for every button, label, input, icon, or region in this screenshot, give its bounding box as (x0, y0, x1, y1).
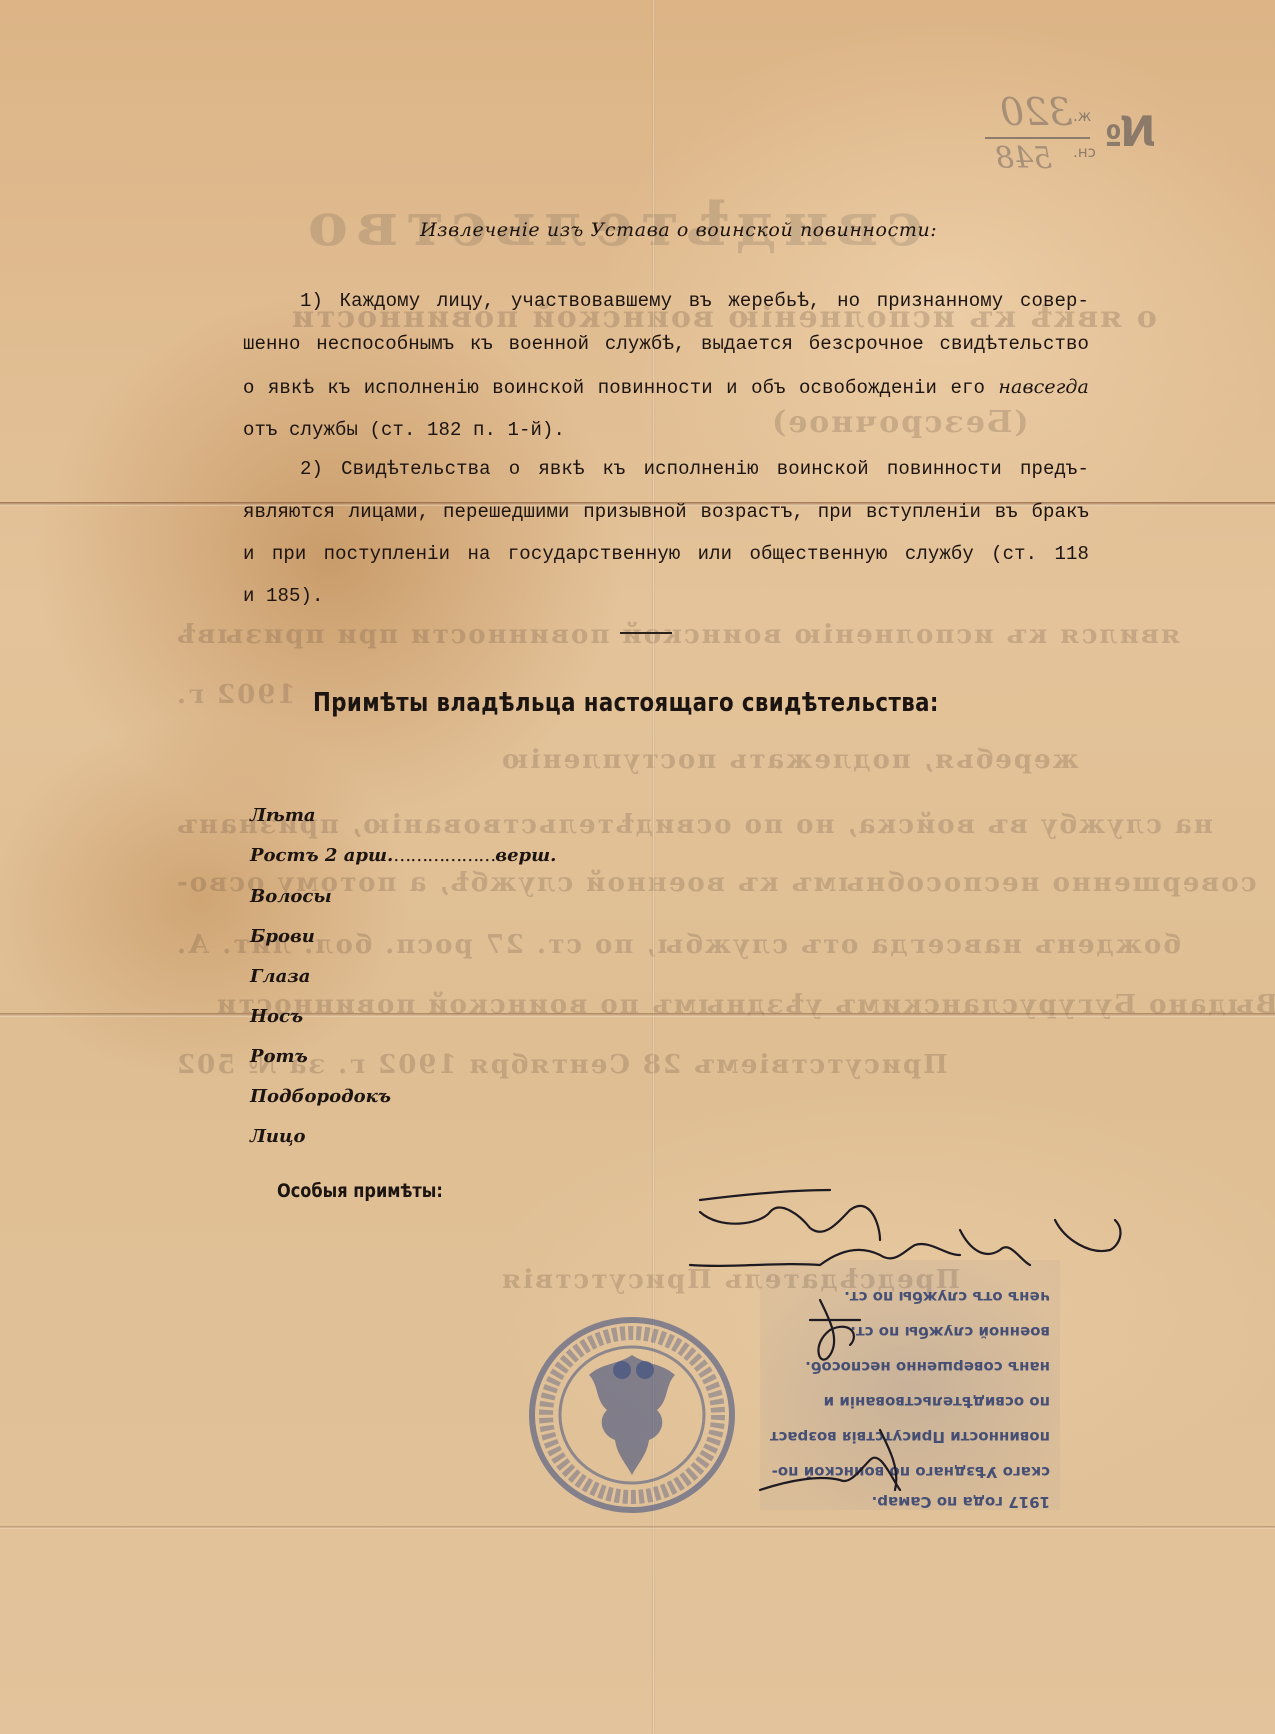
field-label: Носъ (250, 1006, 303, 1027)
stamp-line: военной службы по ст. (770, 1325, 1050, 1341)
field-chin: Подбородокъ (250, 1086, 391, 1107)
features-heading: Примѣты владѣльца настоящаго свидѣтельст… (313, 688, 895, 718)
field-height: Ростъ 2 арш.………………верш. (250, 845, 556, 866)
field-label: Лѣта (250, 805, 316, 826)
paragraph1-line: отъ службы (ст. 182 п. 1-й). (243, 419, 1089, 441)
paragraph1-line: о явкѣ къ исполненію воинской повинности… (243, 376, 1089, 399)
stamp-line: 1917 года по Самар. (770, 1495, 1050, 1511)
field-label: Подбородокъ (250, 1086, 391, 1107)
blank-dotted-line[interactable]: ……………… (393, 845, 495, 866)
field-face: Лицо (250, 1126, 305, 1147)
field-label: Глаза (250, 966, 310, 987)
stamp-line: ченъ отъ службы по ст. (770, 1290, 1050, 1306)
field-eyes: Глаза (250, 966, 310, 987)
serial-sn-value: 548 (995, 141, 1052, 176)
field-age: Лѣта (250, 805, 316, 826)
special-marks-label: Особыя примѣты: (277, 1180, 443, 1202)
field-suffix: верш. (495, 845, 556, 866)
emphasis-forever: навсегда (998, 376, 1089, 398)
extract-title: Извлеченіе изъ Устава о воинской повинно… (420, 219, 930, 241)
stamp-line: скаго Уѣзднаго по воинской по- (770, 1465, 1050, 1481)
serial-sn-label: сн. (1073, 143, 1096, 161)
field-hair: Волосы (250, 886, 332, 907)
paragraph1-line: шенно неспособнымъ къ военной службѣ, вы… (243, 333, 1089, 355)
serial-number-stamp: 320 ж. 548 сн. № (970, 85, 1200, 195)
ghost-line: на службу въ войска, но по освидѣтельств… (175, 810, 1213, 840)
field-mouth: Ротъ (250, 1046, 308, 1067)
imperial-eagle-seal-icon (527, 1315, 737, 1515)
serial-zh-label: ж. (1073, 107, 1091, 125)
stamp-line: по освидѣтельствованіи и (770, 1395, 1050, 1411)
paragraph1-line-text: о явкѣ къ исполненію воинской повинности… (243, 377, 985, 399)
paragraph1-line: 1) Каждому лицу, участвовавшему въ жереб… (300, 290, 1089, 312)
paragraph2-line: и при поступленіи на государственную или… (243, 543, 1089, 565)
ghost-line: совершенно неспособнымъ къ военной служб… (175, 868, 1256, 898)
field-label: Волосы (250, 886, 332, 907)
paragraph2-line: являются лицами, перешедшими призывной в… (243, 501, 1089, 523)
field-label: Брови (250, 926, 315, 947)
ghost-line: 1902 г. (175, 680, 295, 710)
stamp-line: нанъ совершенно неспособ. (770, 1360, 1050, 1376)
ghost-line: жеребья, подлежать поступленію (500, 745, 1079, 775)
field-nose: Носъ (250, 1006, 303, 1027)
ghost-line: божденъ навсегда отъ службы, по ст. 27 р… (175, 930, 1181, 960)
paragraph2-line: и 185). (243, 585, 1089, 607)
serial-zh-value: 320 (1000, 90, 1073, 134)
field-eyebrows: Брови (250, 926, 315, 947)
numero-sign: № (1105, 107, 1156, 156)
paragraph2-line: 2) Свидѣтельства о явкѣ къ исполненію во… (300, 458, 1089, 480)
field-label: Лицо (250, 1126, 305, 1147)
stamp-line: повинности Присутствія возраст. (770, 1430, 1050, 1446)
horizontal-fold (0, 1013, 1275, 1017)
horizontal-fold (0, 1526, 1275, 1529)
official-rectangular-stamp: ченъ отъ службы по ст. военной службы по… (760, 1260, 1060, 1510)
serial-divider (985, 137, 1090, 139)
field-label: Ротъ (250, 1046, 308, 1067)
section-divider (620, 632, 672, 634)
field-label: Ростъ 2 арш. (250, 845, 393, 866)
ghost-line: явился къ исполненію воинской повинности… (175, 620, 1180, 650)
